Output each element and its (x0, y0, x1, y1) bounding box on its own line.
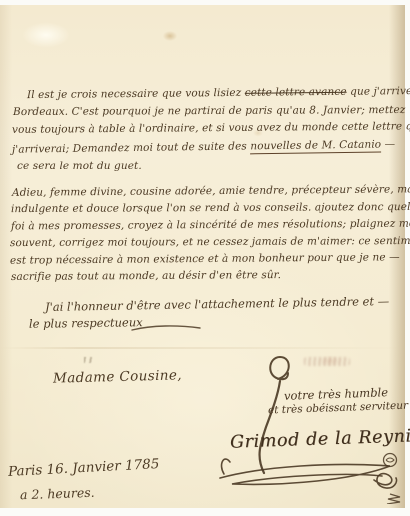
closing-line: le plus respectueux (29, 315, 143, 331)
body-text: j'arriverai; Demandez moi tout de suite … (12, 140, 250, 155)
body-line: Bordeaux. C'est pourquoi je ne partirai … (13, 104, 405, 118)
body-line: Il est je crois necessaire que vous lisi… (27, 85, 410, 101)
struck-text: cette lettre avance (245, 86, 347, 99)
body-line: sacrifie pas tout au monde, au désir d'e… (11, 269, 281, 283)
body-line: ce sera le mot du guet. (17, 160, 142, 172)
body-line: Adieu, femme divine, cousine adorée, ami… (12, 183, 410, 199)
signature-paraph (214, 452, 404, 504)
body-line: foi à mes promesses, croyez à la sincéri… (11, 218, 410, 233)
body-line: j'arriverai; Demandez moi tout de suite … (12, 138, 395, 155)
dateline-place-date: Paris 16. Janvier 1785 (8, 456, 160, 480)
body-line: est trop nécessaire à mon existence et à… (10, 251, 400, 266)
closing-swash (130, 322, 204, 334)
body-text: que j'arrive en (347, 85, 410, 98)
body-line: vous toujours à table à l'ordinaire, et … (12, 120, 410, 136)
body-line: indulgente et douce lorsque l'on se rend… (11, 201, 410, 215)
dateline-time: a 2. heures. (20, 485, 95, 503)
body-text: — (381, 138, 395, 150)
salutation: Madame Cousine, (53, 367, 182, 386)
body-line: souvent, corrigez moi toujours, et ne ce… (10, 235, 410, 249)
paper-crease (0, 347, 405, 349)
closing-line: J'ai l'honneur d'être avec l'attachement… (45, 294, 389, 314)
underlined-text: nouvelles de M. Catanio (250, 139, 381, 155)
faint-stamp-mark (304, 357, 350, 366)
pencil-marks (84, 357, 102, 363)
letter-paper: Il est je crois necessaire que vous lisi… (0, 5, 405, 508)
body-text: Il est je crois necessaire que vous lisi… (27, 87, 245, 101)
letter-photo: Il est je crois necessaire que vous lisi… (0, 0, 410, 516)
